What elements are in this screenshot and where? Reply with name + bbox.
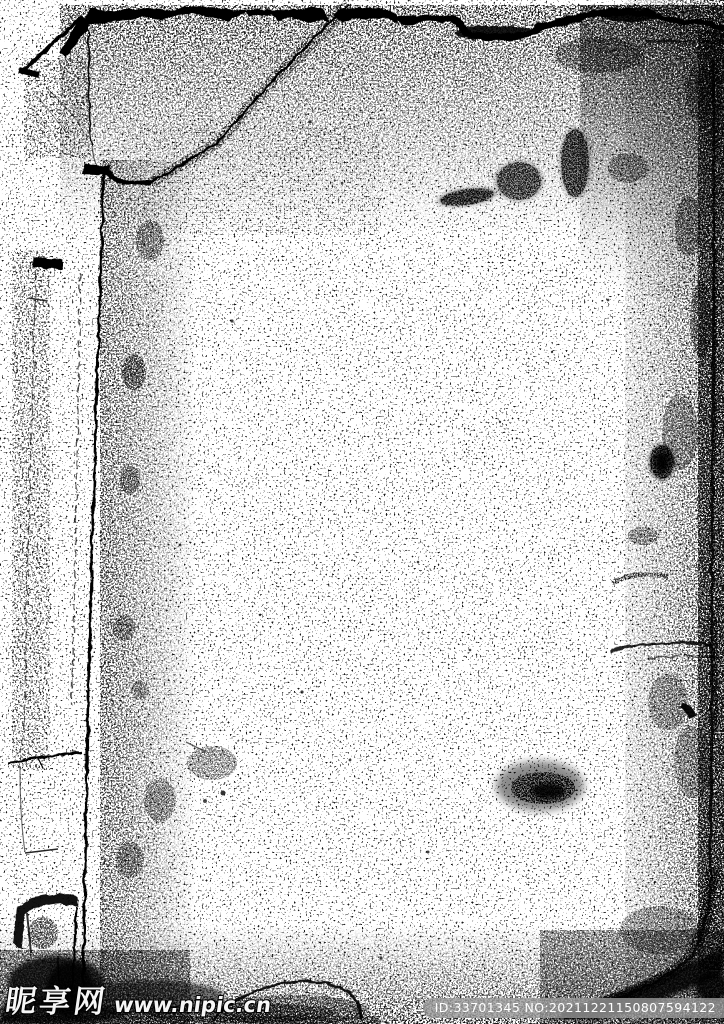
scanned-book-cover-image: 昵享网 www.nipic.cn ID:33701345 NO:20211221… <box>0 0 724 1024</box>
book-cover-artwork <box>0 0 724 1024</box>
watermark-site-name: 昵享网 <box>3 976 111 1021</box>
speckle-fields <box>0 0 724 1024</box>
watermark-nipic: 昵享网 www.nipic.cn <box>3 976 275 1021</box>
watermark-site-url: www.nipic.cn <box>112 993 272 1017</box>
watermark-id-badge: ID:33701345 NO:20211221150807594122 <box>423 998 724 1018</box>
watermark-id-text: ID:33701345 NO:20211221150807594122 <box>435 1000 716 1015</box>
